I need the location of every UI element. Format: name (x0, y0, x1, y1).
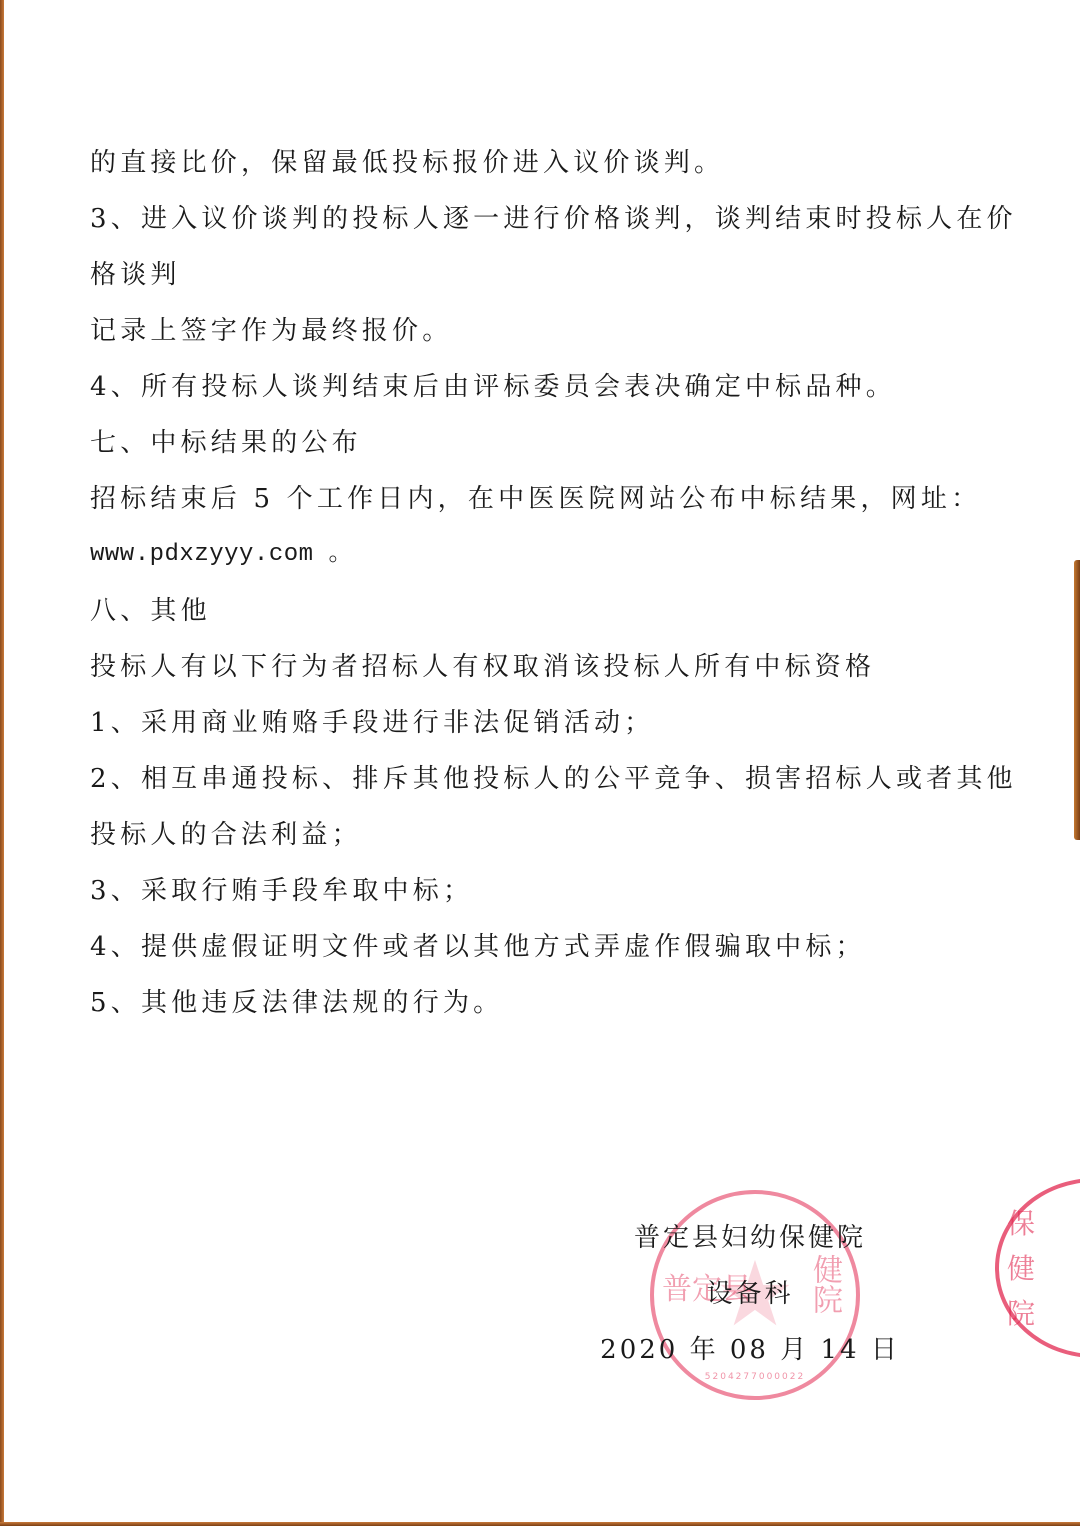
issue-date: 2020 年 08 月 14 日 (600, 1322, 900, 1378)
issuing-department: 设备科 (600, 1266, 900, 1322)
table-edge-right (1074, 560, 1080, 840)
paragraph-line: 4、所有投标人谈判结束后由评标委员会表决确定中标品种。 (90, 359, 990, 415)
list-item-continuation: 投标人的合法利益； (90, 807, 990, 863)
list-item: 5、其他违反法律法规的行为。 (90, 975, 990, 1031)
signature-block: 普定县妇幼保健院 设备科 2020 年 08 月 14 日 (600, 1210, 900, 1378)
paragraph-line: 投标人有以下行为者招标人有权取消该投标人所有中标资格 (90, 639, 990, 695)
list-item: 3、采取行贿手段牟取中标； (90, 863, 990, 919)
section-heading: 八、其他 (90, 583, 990, 639)
partial-seal-char: 健 (1007, 1247, 1035, 1287)
partial-seal-char: 院 (1007, 1292, 1035, 1332)
document-body: 的直接比价，保留最低投标报价进入议价谈判。 3、进入议价谈判的投标人逐一进行价格… (90, 135, 990, 1031)
partial-seal: 保 健 院 (995, 1178, 1080, 1358)
table-edge-left (0, 0, 4, 1526)
paragraph-line: 招标结束后 5 个工作日内，在中医医院网站公布中标结果，网址： (90, 471, 990, 527)
website-url: www.pdxzyyy.com 。 (90, 527, 990, 583)
table-edge-bottom (0, 1522, 1080, 1526)
paragraph-line: 记录上签字作为最终报价。 (90, 303, 990, 359)
list-item: 2、相互串通投标、排斥其他投标人的公平竞争、损害招标人或者其他 (90, 751, 990, 807)
paragraph-line: 3、进入议价谈判的投标人逐一进行价格谈判，谈判结束时投标人在价 (90, 191, 990, 247)
list-item: 4、提供虚假证明文件或者以其他方式弄虚作假骗取中标； (90, 919, 990, 975)
section-heading: 七、中标结果的公布 (90, 415, 990, 471)
paragraph-line: 的直接比价，保留最低投标报价进入议价谈判。 (90, 135, 990, 191)
list-item: 1、采用商业贿赂手段进行非法促销活动； (90, 695, 990, 751)
partial-seal-char: 保 (1007, 1202, 1035, 1242)
issuing-organization: 普定县妇幼保健院 (600, 1210, 900, 1266)
paragraph-line: 格谈判 (90, 247, 990, 303)
